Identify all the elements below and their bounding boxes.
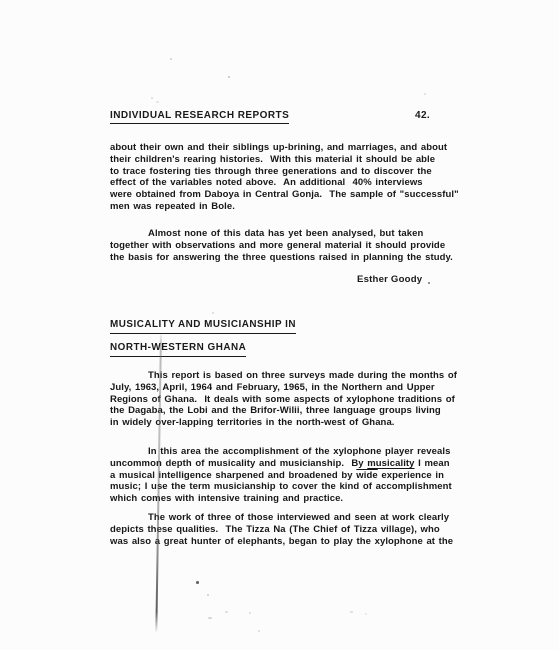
text-line: The work of three of those interviewed a… (110, 512, 453, 524)
text-line: music; I use the term musicianship to co… (110, 481, 452, 493)
scan-speck (228, 76, 230, 78)
text-segment: I mean (415, 458, 450, 469)
text-line: which comes with intensive training and … (110, 493, 452, 505)
overlined-word: wide (356, 470, 377, 481)
text-line: about their own and their siblings up-br… (110, 142, 459, 154)
running-header-title: INDIVIDUAL RESEARCH REPORTS (110, 110, 289, 124)
text-line: their children's rearing histories. With… (110, 154, 459, 166)
text-segment: a musical intelligence sharpened and bro… (110, 470, 356, 481)
page-number: 42. (415, 110, 430, 121)
text-line: was also a great hunter of elephants, be… (110, 536, 453, 548)
scan-speck (428, 282, 430, 284)
paragraph-4: In this area the accomplishment of the x… (110, 446, 452, 505)
scan-speck (424, 93, 426, 95)
text-line: the Dagaba, the Lobi and the Brifor-Wili… (110, 405, 457, 417)
scanned-document-page: INDIVIDUAL RESEARCH REPORTS 42. about th… (0, 0, 559, 650)
text-line: Regions of Ghana. It deals with some asp… (110, 394, 457, 406)
scan-speck (196, 581, 199, 584)
text-line: effect of the variables noted above. An … (110, 177, 459, 189)
text-line: a musical intelligence sharpened and bro… (110, 470, 452, 482)
scan-speck (350, 611, 353, 613)
text-line: This report is based on three surveys ma… (110, 370, 457, 382)
scan-speck (208, 617, 212, 619)
text-line: depicts these qualities. The Tizza Na (T… (110, 524, 453, 536)
paragraph-5: The work of three of those interviewed a… (110, 512, 453, 547)
scan-speck (156, 101, 159, 103)
section-heading-line-2: NORTH-WESTERN GHANA (110, 342, 246, 357)
text-line: men was repeated in Bole. (110, 201, 459, 213)
scan-speck (151, 97, 153, 99)
paragraph-1: about their own and their siblings up-br… (110, 142, 459, 213)
text-line: In this area the accomplishment of the x… (110, 446, 452, 458)
scan-speck (258, 630, 260, 632)
scan-speck (170, 58, 172, 60)
text-line: were obtained from Daboya in Central Gon… (110, 189, 459, 201)
scan-speck (212, 312, 214, 314)
section-heading-line-1: MUSICALITY AND MUSICIANSHIP IN (110, 319, 296, 334)
text-line: the basis for answering the three questi… (110, 252, 453, 264)
scan-speck (207, 594, 209, 596)
text-line: together with observations and more gene… (110, 240, 453, 252)
text-line: to trace fostering ties through three ge… (110, 166, 459, 178)
text-line: July, 1963, April, 1964 and February, 19… (110, 382, 457, 394)
scan-speck (249, 612, 251, 614)
text-segment: experience in (378, 470, 444, 481)
text-line: uncommon depth of musicality and musicia… (110, 458, 452, 470)
underlined-word: musicality (367, 458, 414, 469)
scan-speck (365, 613, 367, 615)
author-signature: Esther Goody (357, 274, 422, 285)
text-segment: uncommon depth of musicality and musicia… (110, 458, 367, 469)
text-line: Almost none of this data has yet been an… (110, 228, 453, 240)
scan-speck (225, 611, 228, 613)
text-line: in widely over-lapping territories in th… (110, 417, 457, 429)
paragraph-3: This report is based on three surveys ma… (110, 370, 457, 429)
paragraph-2: Almost none of this data has yet been an… (110, 228, 453, 263)
